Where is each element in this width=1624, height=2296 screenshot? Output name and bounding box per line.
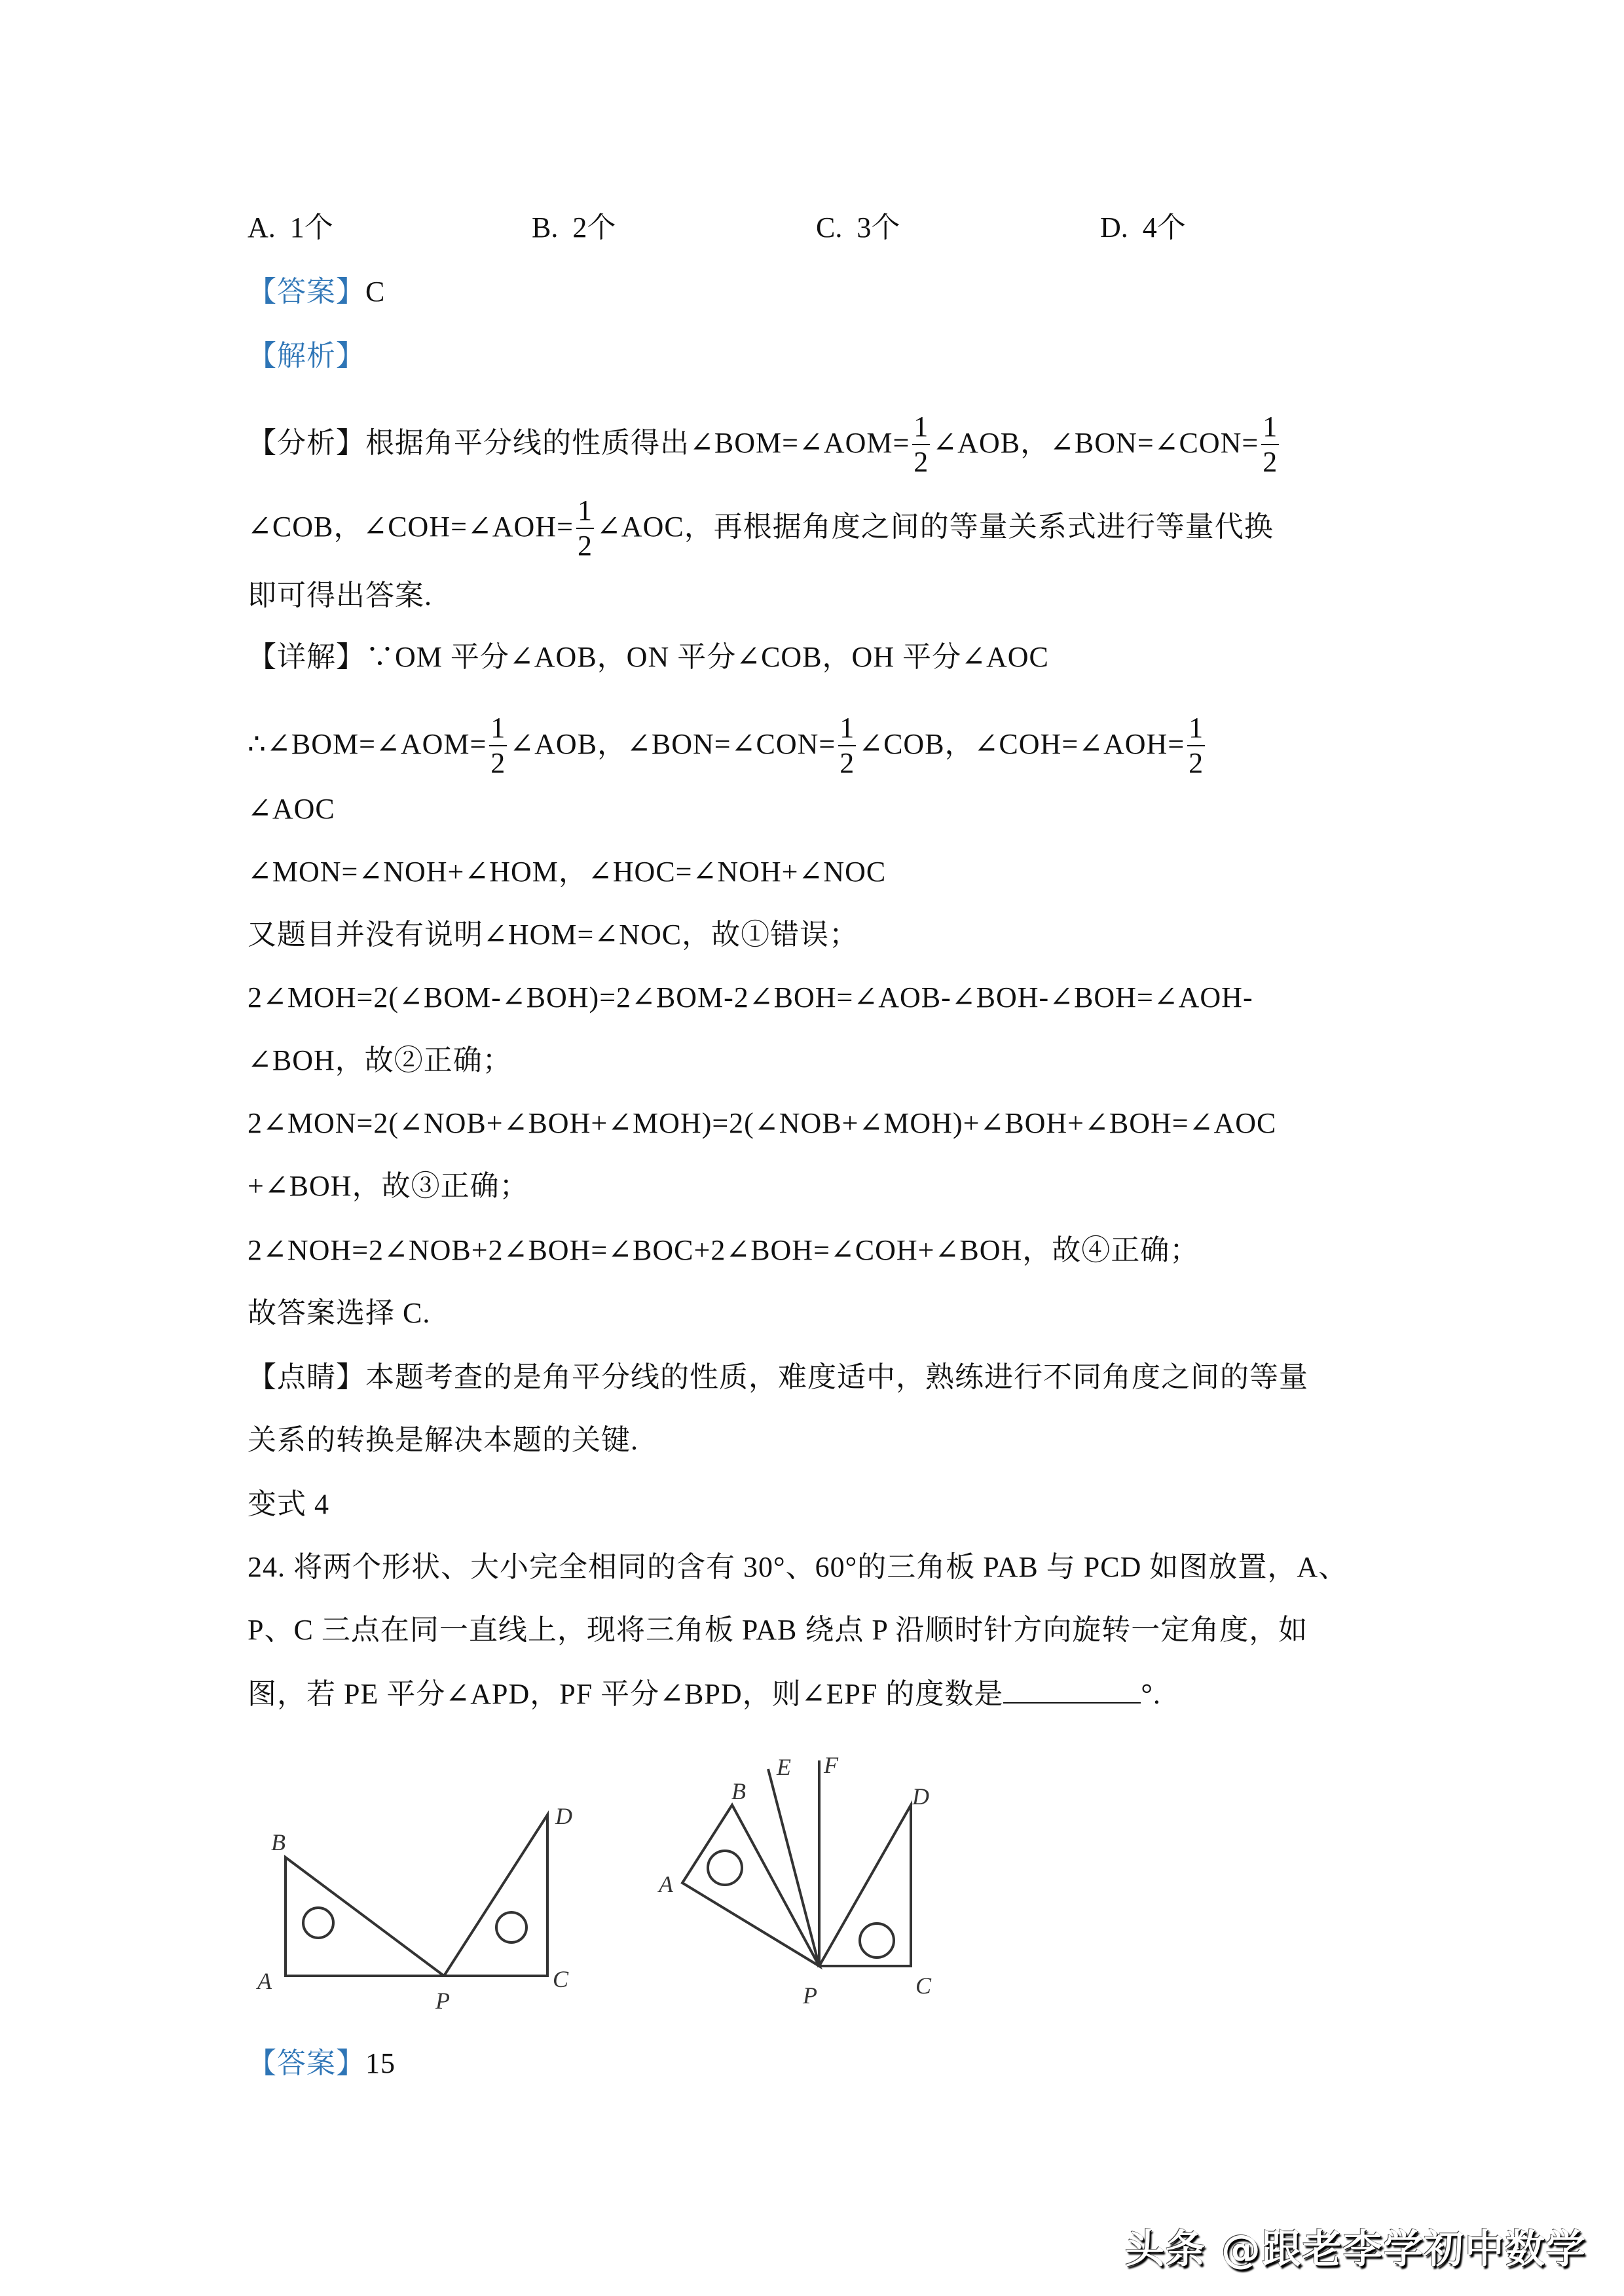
label-a: A <box>657 1871 674 1897</box>
label-p: P <box>802 1982 817 2009</box>
triangle-hole <box>708 1851 742 1885</box>
label-e: E <box>776 1754 791 1780</box>
triangle-pcd <box>819 1805 911 1966</box>
q24-answer-line: 【答案】15 <box>248 2044 396 2083</box>
label-f: F <box>823 1752 839 1778</box>
watermark: 头条 @跟老李学初中数学 <box>1125 2218 1587 2274</box>
triangle-hole <box>860 1923 894 1958</box>
answer-tag: 【答案】 <box>248 2047 365 2079</box>
label-c: C <box>915 1973 932 1999</box>
figure-2-triangles-rotated: B E F D A P C <box>0 0 1624 2296</box>
ray-pe <box>768 1769 819 1966</box>
label-d: D <box>912 1783 929 1810</box>
label-b: B <box>731 1778 746 1804</box>
answer-value: 15 <box>365 2047 396 2079</box>
